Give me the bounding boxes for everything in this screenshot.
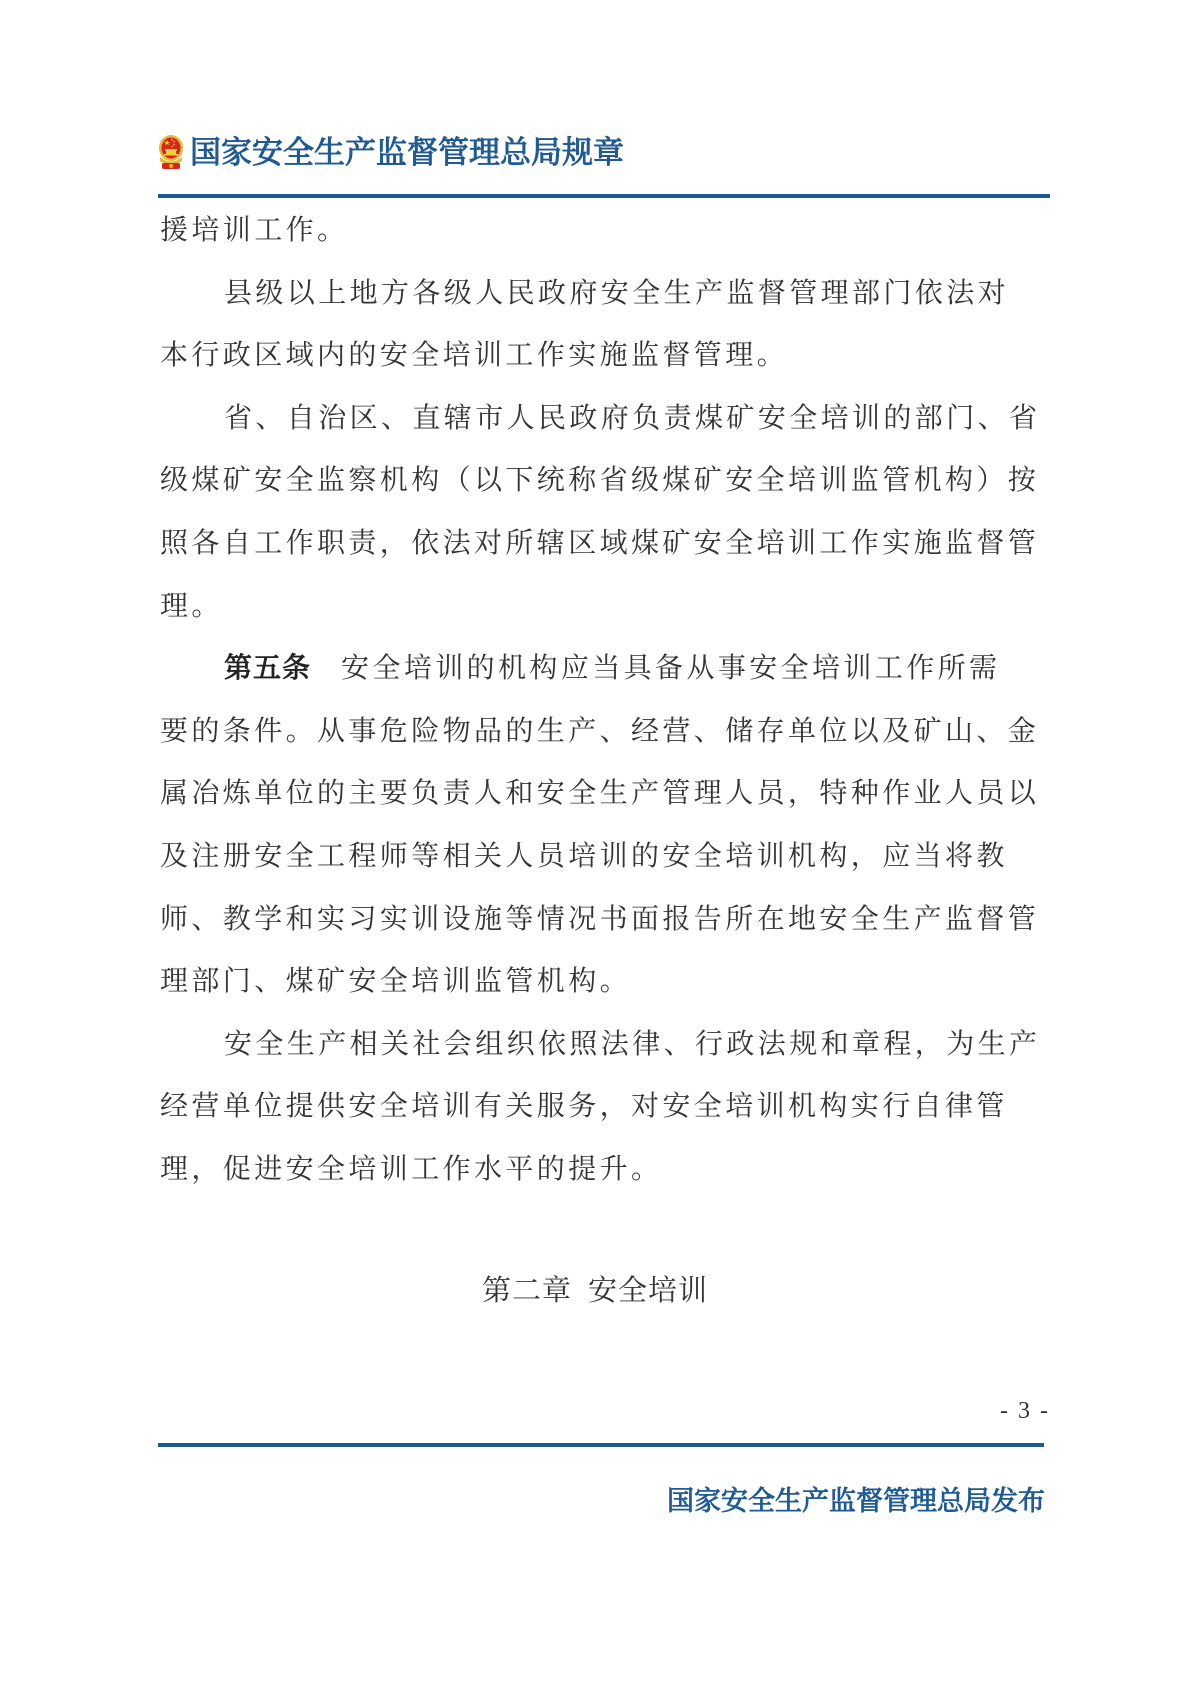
text-line: 经营单位提供安全培训有关服务，对安全培训机构实行自律管 [160,1075,1055,1138]
article-paragraph: 第五条安全培训的机构应当具备从事安全培训工作所需 要的条件。从事危险物品的生产、… [160,637,1055,1013]
text-line: 级煤矿安全监察机构（以下统称省级煤矿安全培训监管机构）按 [160,449,1055,512]
article-number: 第五条 [224,651,311,684]
document-header: 国家安全生产监督管理总局规章 [158,128,624,178]
text-line: 理部门、煤矿安全培训监管机构。 [160,950,1055,1013]
paragraph: 援培训工作。 [160,199,1055,262]
document-body: 援培训工作。 县级以上地方各级人民政府安全生产监督管理部门依法对 本行政区域内的… [160,199,1055,1201]
text-line: 援培训工作。 [160,199,1055,262]
text-line: 省、自治区、直辖市人民政府负责煤矿安全培训的部门、省 [160,387,1055,450]
text-line: 安全生产相关社会组织依照法律、行政法规和章程，为生产 [160,1013,1055,1076]
text-line: 理。 [160,575,1055,638]
text-line: 县级以上地方各级人民政府安全生产监督管理部门依法对 [160,262,1055,325]
text-line: 第五条安全培训的机构应当具备从事安全培训工作所需 [160,637,1055,700]
text-line: 照各自工作职责，依法对所辖区域煤矿安全培训工作实施监督管 [160,512,1055,575]
paragraph: 县级以上地方各级人民政府安全生产监督管理部门依法对 本行政区域内的安全培训工作实… [160,262,1055,387]
page-number: - 3 - [960,1398,1050,1425]
chapter-number: 第二章 [482,1273,572,1307]
article-text: 安全培训的机构应当具备从事安全培训工作所需 [341,651,1000,684]
text-line: 属冶炼单位的主要负责人和安全生产管理人员，特种作业人员以 [160,762,1055,825]
paragraph: 安全生产相关社会组织依照法律、行政法规和章程，为生产 经营单位提供安全培训有关服… [160,1013,1055,1201]
national-emblem-icon [158,130,184,176]
header-title: 国家安全生产监督管理总局规章 [190,128,624,178]
chapter-heading: 第二章安全培训 [0,1268,1190,1309]
text-line: 师、教学和实习实训设施等情况书面报告所在地安全生产监督管 [160,888,1055,951]
text-line: 本行政区域内的安全培训工作实施监督管理。 [160,324,1055,387]
header-divider [158,194,1050,198]
paragraph: 省、自治区、直辖市人民政府负责煤矿安全培训的部门、省 级煤矿安全监察机构（以下统… [160,387,1055,637]
footer-divider [158,1443,1044,1447]
publisher-label: 国家安全生产监督管理总局发布 [650,1479,1045,1518]
text-line: 理，促进安全培训工作水平的提升。 [160,1138,1055,1201]
chapter-title: 安全培训 [588,1273,708,1307]
text-line: 要的条件。从事危险物品的生产、经营、储存单位以及矿山、金 [160,700,1055,763]
text-line: 及注册安全工程师等相关人员培训的安全培训机构，应当将教 [160,825,1055,888]
